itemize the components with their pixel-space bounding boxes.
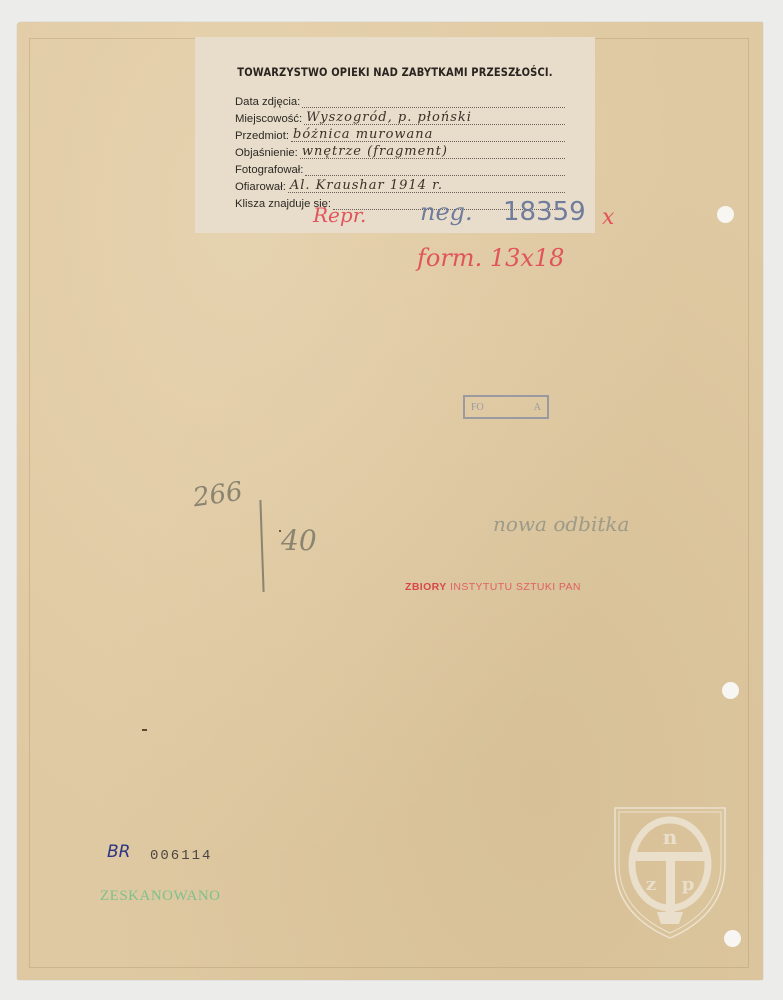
field-photographer: Fotografował:: [235, 160, 565, 176]
red-check-mark: x: [602, 205, 614, 230]
punch-hole: [722, 682, 739, 699]
format-note: form. 13x18: [417, 244, 564, 272]
repr-note: Repr.: [313, 203, 366, 227]
punch-hole: [717, 206, 734, 223]
scanned-stamp: ZESKANOWANO: [100, 888, 221, 905]
speck: [279, 530, 281, 532]
svg-text:z: z: [646, 874, 656, 895]
field-value: Al. Kraushar 1914 r.: [290, 178, 443, 193]
label-title: TOWARZYSTWO OPIEKI NAD ZABYTKAMI PRZESZŁ…: [223, 65, 567, 79]
collection-stamp: ZBIORY INSTYTUTU SZTUKI PAN: [405, 581, 581, 593]
collection-stamp-bold: ZBIORY: [405, 581, 447, 593]
speck: [142, 729, 147, 731]
field-label: Data zdjęcia:: [235, 96, 300, 108]
collection-stamp-rest: INSTYTUTU SZTUKI PAN: [450, 581, 581, 593]
field-label: Objaśnienie:: [235, 147, 298, 159]
field-label: Miejscowość:: [235, 113, 302, 125]
field-label: Fotografował:: [235, 164, 303, 176]
svg-text:n: n: [663, 825, 678, 849]
field-subject: Przedmiot: bóżnica murowana: [235, 126, 565, 142]
box-stamp-left: FO: [471, 402, 484, 413]
svg-text:p: p: [682, 874, 695, 895]
negative-prefix: neg.: [420, 198, 473, 226]
box-stamp: FO A: [463, 395, 549, 419]
negative-number: 18359: [503, 197, 586, 227]
field-value: bóżnica murowana: [293, 127, 433, 142]
inventory-number: 006114: [150, 848, 212, 864]
field-label: Przedmiot:: [235, 130, 289, 142]
tonzp-shield-watermark-icon: n z p: [611, 804, 729, 942]
field-label: Ofiarował:: [235, 181, 286, 193]
pencil-number-right: 40: [281, 524, 317, 557]
pencil-note: nowa odbitka: [493, 512, 629, 536]
field-donor: Ofiarował: Al. Kraushar 1914 r.: [235, 177, 565, 193]
box-stamp-right: A: [534, 402, 541, 413]
br-mark: BR: [107, 842, 130, 862]
field-place: Miejscowość: Wyszogród, p. płoński: [235, 109, 565, 125]
archive-card: TOWARZYSTWO OPIEKI NAD ZABYTKAMI PRZESZŁ…: [17, 22, 763, 980]
field-value: Wyszogród, p. płoński: [306, 110, 472, 125]
field-value: wnętrze (fragment): [302, 144, 448, 159]
field-description: Objaśnienie: wnętrze (fragment): [235, 143, 565, 159]
field-date: Data zdjęcia:: [235, 92, 565, 108]
